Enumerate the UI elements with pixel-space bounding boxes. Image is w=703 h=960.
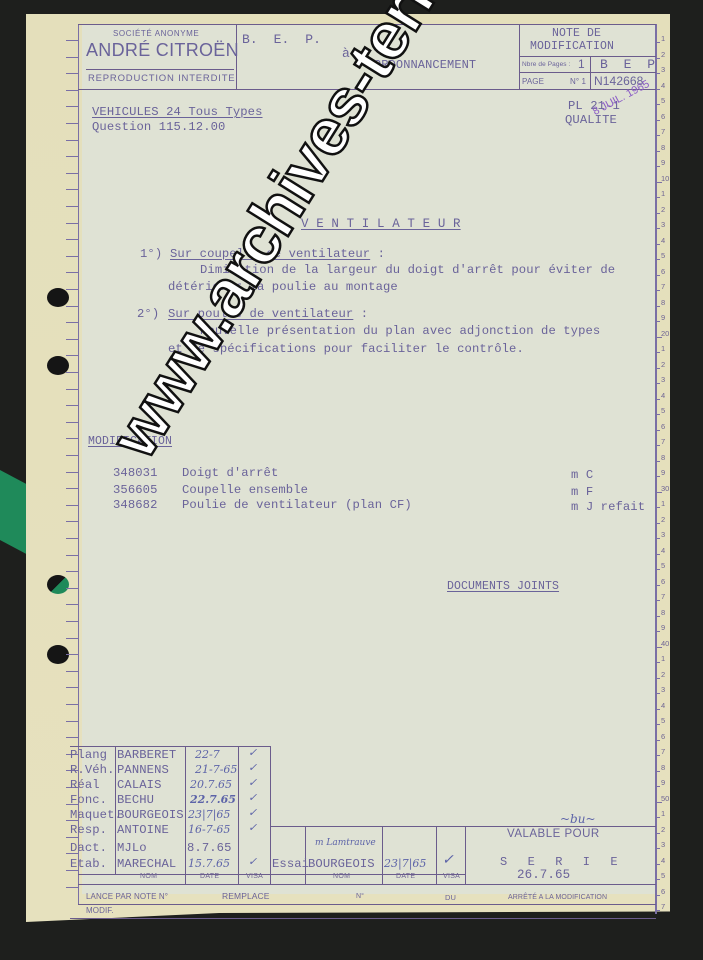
item-2-number: 2°) [137,307,159,321]
arrete-label: ARRÊTÉ A LA MODIFICATION [508,894,607,901]
ruler-tick [655,228,660,229]
ruler-tick [66,521,78,522]
ruler-tick [655,166,660,167]
ruler-tick [655,306,660,307]
part-desc: Doigt d'arrêt [182,466,278,480]
ruler-tick [66,306,78,307]
ruler-tick [66,604,78,605]
company-name: ANDRÉ CITROËN [86,40,239,61]
essai-name: BOURGEOIS [308,857,375,871]
ruler-label: 1 [661,34,665,43]
ruler-tick [655,724,660,725]
ruler-tick [66,721,78,722]
ruler-label: 3 [661,220,665,229]
grid-line [305,826,306,884]
sig-role: R.Véh. [70,763,114,777]
sig-role: Etab. [70,857,107,871]
sig-role: Dact. [70,841,107,855]
serie-label: S E R I E [500,855,620,869]
ruler-label: 7 [661,747,665,756]
ruler-tick [66,372,78,373]
part-code: m C [571,468,593,482]
ruler-label: 5 [661,406,665,415]
ruler-label: 9 [661,778,665,787]
ruler-tick [66,40,78,41]
pages-label: Nbre de Pages : [522,61,570,68]
header-divider [519,72,656,73]
ruler-label: 5 [661,251,665,260]
ruler-tick [655,740,660,741]
essai-visa: ✓ [442,852,454,868]
item-1-sep: : [370,247,385,261]
sig-visa: ✓ [248,791,257,804]
col-date: DATE [396,873,415,880]
grid-line [270,746,271,884]
punch-hole [47,288,69,307]
ruler-tick [655,104,660,105]
documents-joints: DOCUMENTS JOINTS [447,580,559,593]
sig-date: 8.7.65 [187,841,231,855]
ruler-tick [655,321,660,322]
ruler-label: 6 [661,887,665,896]
ruler-label: 1 [661,499,665,508]
lance-label: LANCE PAR NOTE N° [86,892,168,901]
ruler-label: 6 [661,267,665,276]
sig-name: MJLo [117,841,147,855]
sig-date: 16-7-65 [188,823,230,836]
ruler-tick [66,206,78,207]
grid-line [185,746,186,884]
ruler-tick [655,135,660,136]
ruler-tick [655,631,660,632]
grid-line [78,904,656,905]
item-2-sep: : [353,307,368,321]
ruler-label: 8 [661,143,665,152]
item-2-text-line1: Nouvelle présentation du plan avec adjon… [200,324,600,338]
reproduction-notice: REPRODUCTION INTERDITE [88,73,235,84]
sig-role: Fonc. [70,793,107,807]
sig-name: PANNENS [117,763,169,777]
ruler-label: 9 [661,623,665,632]
ruler-tick [655,848,660,849]
col-date: DATE [200,873,219,880]
ruler-tick [66,123,78,124]
ruler-label: 7 [661,902,665,911]
ruler-tick [66,671,78,672]
ruler-label: 7 [661,282,665,291]
ruler-label: 9 [661,313,665,322]
sig-date: 22-7 [195,748,220,761]
ruler-label: 40 [661,639,669,648]
ruler-tick [66,73,78,74]
department-code: B E P [600,57,659,72]
ruler-tick [66,339,78,340]
ruler-tick [66,422,78,423]
ruler-tick [66,621,78,622]
ruler-label: 1 [661,344,665,353]
ruler-tick [66,488,78,489]
ruler-label: 4 [661,391,665,400]
doc-type-line1: NOTE DE [552,27,601,40]
ruler-tick [66,505,78,506]
item-1-number: 1°) [140,247,162,261]
sig-visa: ✓ [248,761,257,774]
ruler-tick [66,189,78,190]
logo-divider [86,69,234,70]
ruler-tick [66,322,78,323]
page-label: PAGE [522,77,544,86]
ruler-label: 2 [661,360,665,369]
ruler-tick [66,223,78,224]
grid-line [436,826,437,884]
ruler-tick [655,414,660,415]
doc-type-line2: MODIFICATION [530,40,614,53]
document-title: V E N T I L A T E U R [301,217,461,231]
ruler-label: 9 [661,468,665,477]
ruler-tick [655,879,660,880]
sig-visa: ✓ [248,746,257,759]
sig-name: CALAIS [117,778,161,792]
ruler-tick [655,244,660,245]
ruler-tick [655,120,660,121]
ruler-label: 6 [661,732,665,741]
ruler-tick [655,833,660,834]
ruler-tick [655,817,660,818]
ruler-tick [655,399,660,400]
ruler-tick [655,445,660,446]
ruler-tick [66,405,78,406]
sig-name: BOURGEOIS [117,808,184,822]
sig-name: ANTOINE [117,823,169,837]
sig-visa: ✓ [248,821,257,834]
ruler-tick [655,662,660,663]
ruler-label: 3 [661,375,665,384]
ruler-label: 8 [661,453,665,462]
ruler-tick [655,864,660,865]
pages-value: 1 [578,57,585,71]
essai-date: 23|7|65 [384,857,426,870]
ruler-tick [655,585,660,586]
ruler-tick [66,737,78,738]
grid-line [382,826,383,884]
ruler-tick [66,90,78,91]
ruler-label: 1 [661,189,665,198]
ruler-tick [66,638,78,639]
part-desc: Poulie de ventilateur (plan CF) [182,498,412,512]
ruler-tick [66,588,78,589]
grid-line [465,826,466,884]
ruler-label: 4 [661,81,665,90]
ruler-label: 8 [661,608,665,617]
sig-name: BARBERET [117,748,176,762]
ruler-tick [655,197,660,198]
ruler-tick [655,771,660,772]
ruler-tick [66,239,78,240]
ruler-tick [655,569,660,570]
ruler-label: 2 [661,50,665,59]
ruler-tick [66,687,78,688]
sig-date: 20.7.65 [190,778,232,791]
ruler-label: 2 [661,515,665,524]
ruler-tick [655,600,660,601]
right-margin-ruler [655,24,657,914]
ruler-label: 4 [661,856,665,865]
ruler-label: 9 [661,158,665,167]
ruler-tick [66,455,78,456]
grid-line [270,826,656,827]
col-nom: NOM [140,873,157,880]
ruler-label: 4 [661,236,665,245]
page-number: N° 1 [570,77,586,86]
ruler-label: 50 [661,794,669,803]
category: QUALITE [565,113,617,127]
ruler-tick [66,57,78,58]
ruler-tick [655,895,660,896]
ruler-label: 8 [661,763,665,772]
part-ref: 348682 [113,498,157,512]
ruler-tick [66,555,78,556]
part-code: m F [571,485,593,499]
ruler-tick [66,106,78,107]
ruler-label: 3 [661,530,665,539]
ruler-label: 3 [661,685,665,694]
ruler-tick [66,571,78,572]
question-line: Question 115.12.00 [92,120,225,134]
ruler-label: 1 [661,654,665,663]
ruler-tick [655,352,660,353]
ruler-tick [655,383,660,384]
sig-visa: ✓ [248,806,257,819]
sig-date: 15.7.65 [188,857,230,870]
essai-role: Essai [272,857,309,871]
sig-role: Plang [70,748,107,762]
serie-date: 26.7.65 [517,868,570,882]
ruler-tick [655,430,660,431]
ruler-tick [66,538,78,539]
ruler-tick [655,290,660,291]
part-desc: Coupelle ensemble [182,483,308,497]
ruler-label: 30 [661,484,669,493]
ruler-label: 6 [661,112,665,121]
ruler-label: 5 [661,96,665,105]
ruler-tick [66,140,78,141]
ruler-tick [655,507,660,508]
grid-line [70,746,270,747]
ruler-tick [655,368,660,369]
sig-role: Maquet. [70,808,122,822]
ruler-tick [655,259,660,260]
sender-dept: B. E. P. [242,32,321,47]
ruler-tick [66,654,78,655]
punch-hole [47,575,69,594]
sig-role: Réal [70,778,100,792]
part-ref: 356605 [113,483,157,497]
ruler-tick [655,213,660,214]
ruler-label: 6 [661,422,665,431]
du-label: DU [445,893,456,902]
ruler-label: 3 [661,65,665,74]
ruler-tick [66,704,78,705]
ruler-tick [66,272,78,273]
part-code: m J refait [571,500,645,514]
ruler-tick [66,472,78,473]
no-label: N° [356,893,364,900]
ruler-tick [66,355,78,356]
ruler-tick [655,678,660,679]
ruler-tick [66,438,78,439]
ruler-tick [66,173,78,174]
grid-line [78,884,656,885]
modif-label: MODIF. [86,906,114,915]
ruler-label: 4 [661,546,665,555]
ruler-tick [655,616,660,617]
essai-note: m Lamtrauve [315,838,376,848]
ruler-tick [66,289,78,290]
ruler-label: 2 [661,205,665,214]
ruler-tick [66,389,78,390]
ruler-tick [655,755,660,756]
ruler-tick [655,461,660,462]
ruler-tick [655,709,660,710]
ruler-tick [655,476,660,477]
remplace-label: REMPLACE [222,891,270,901]
validity-signature: ~bu~ [560,812,596,826]
ruler-label: 3 [661,840,665,849]
ruler-label: 2 [661,670,665,679]
ruler-tick [655,151,660,152]
vehicles-line: VEHICULES 24 Tous Types [92,105,263,119]
ruler-label: 7 [661,127,665,136]
grid-line [238,746,239,884]
part-ref: 348031 [113,466,157,480]
company-label: SOCIÉTÉ ANONYME [113,29,199,38]
ruler-label: 6 [661,577,665,586]
ruler-tick [655,786,660,787]
ruler-tick [655,554,660,555]
ruler-tick [655,910,660,911]
ruler-label: 2 [661,825,665,834]
ruler-tick [655,42,660,43]
sig-name: MARECHAL [117,857,176,871]
sig-date: 22.7.65 [190,793,236,806]
sig-date: 23|7|65 [188,808,230,821]
ruler-label: 7 [661,592,665,601]
sig-date: 21-7-65 [195,763,237,776]
col-visa: VISA [246,873,263,880]
ruler-tick [655,523,660,524]
ruler-label: 8 [661,298,665,307]
validity-label: VALABLE POUR [507,828,600,840]
ruler-label: 4 [661,701,665,710]
ruler-label: 5 [661,561,665,570]
ruler-label: 10 [661,174,669,183]
col-visa: VISA [443,873,460,880]
ruler-tick [66,887,78,888]
header-divider [590,56,591,89]
ruler-label: 20 [661,329,669,338]
sig-role: Resp. [70,823,107,837]
ruler-label: 7 [661,437,665,446]
sig-name: BECHU [117,793,154,807]
sig-visa: ✓ [248,776,257,789]
col-nom: NOM [333,873,350,880]
ruler-tick [655,538,660,539]
ruler-tick [655,275,660,276]
ruler-label: 1 [661,809,665,818]
ruler-label: 5 [661,716,665,725]
sig-visa: ✓ [248,855,257,868]
ruler-tick [655,693,660,694]
ruler-tick [66,156,78,157]
grid-line [70,918,656,919]
ruler-label: 5 [661,871,665,880]
ruler-tick [66,256,78,257]
